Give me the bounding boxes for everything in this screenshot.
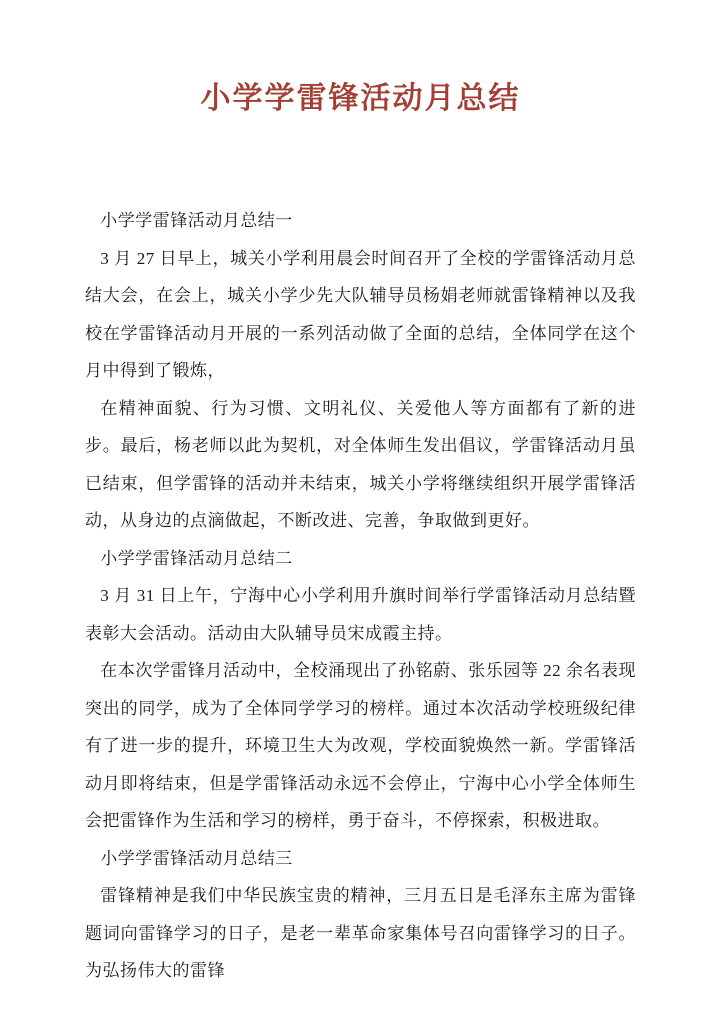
document-body: 小学学雷锋活动月总结一3 月 27 日早上，城关小学利用晨会时间召开了全校的学雷… xyxy=(0,202,721,990)
document-page: 小学学雷锋活动月总结 小学学雷锋活动月总结一3 月 27 日早上，城关小学利用晨… xyxy=(0,0,721,1020)
paragraph: 3 月 27 日早上，城关小学利用晨会时间召开了全校的学雷锋活动月总结大会，在会… xyxy=(85,240,636,390)
paragraph: 小学学雷锋活动月总结三 xyxy=(85,840,636,878)
paragraph: 小学学雷锋活动月总结二 xyxy=(85,540,636,578)
paragraph: 在精神面貌、行为习惯、文明礼仪、关爱他人等方面都有了新的进步。最后，杨老师以此为… xyxy=(85,390,636,540)
paragraph: 雷锋精神是我们中华民族宝贵的精神，三月五日是毛泽东主席为雷锋题词向雷锋学习的日子… xyxy=(85,877,636,990)
paragraph: 在本次学雷锋月活动中，全校涌现出了孙铭蔚、张乐园等 22 余名表现突出的同学，成… xyxy=(85,652,636,840)
paragraph: 3 月 31 日上午，宁海中心小学利用升旗时间举行学雷锋活动月总结暨表彰大会活动… xyxy=(85,577,636,652)
document-title: 小学学雷锋活动月总结 xyxy=(0,0,721,120)
paragraph: 小学学雷锋活动月总结一 xyxy=(85,202,636,240)
